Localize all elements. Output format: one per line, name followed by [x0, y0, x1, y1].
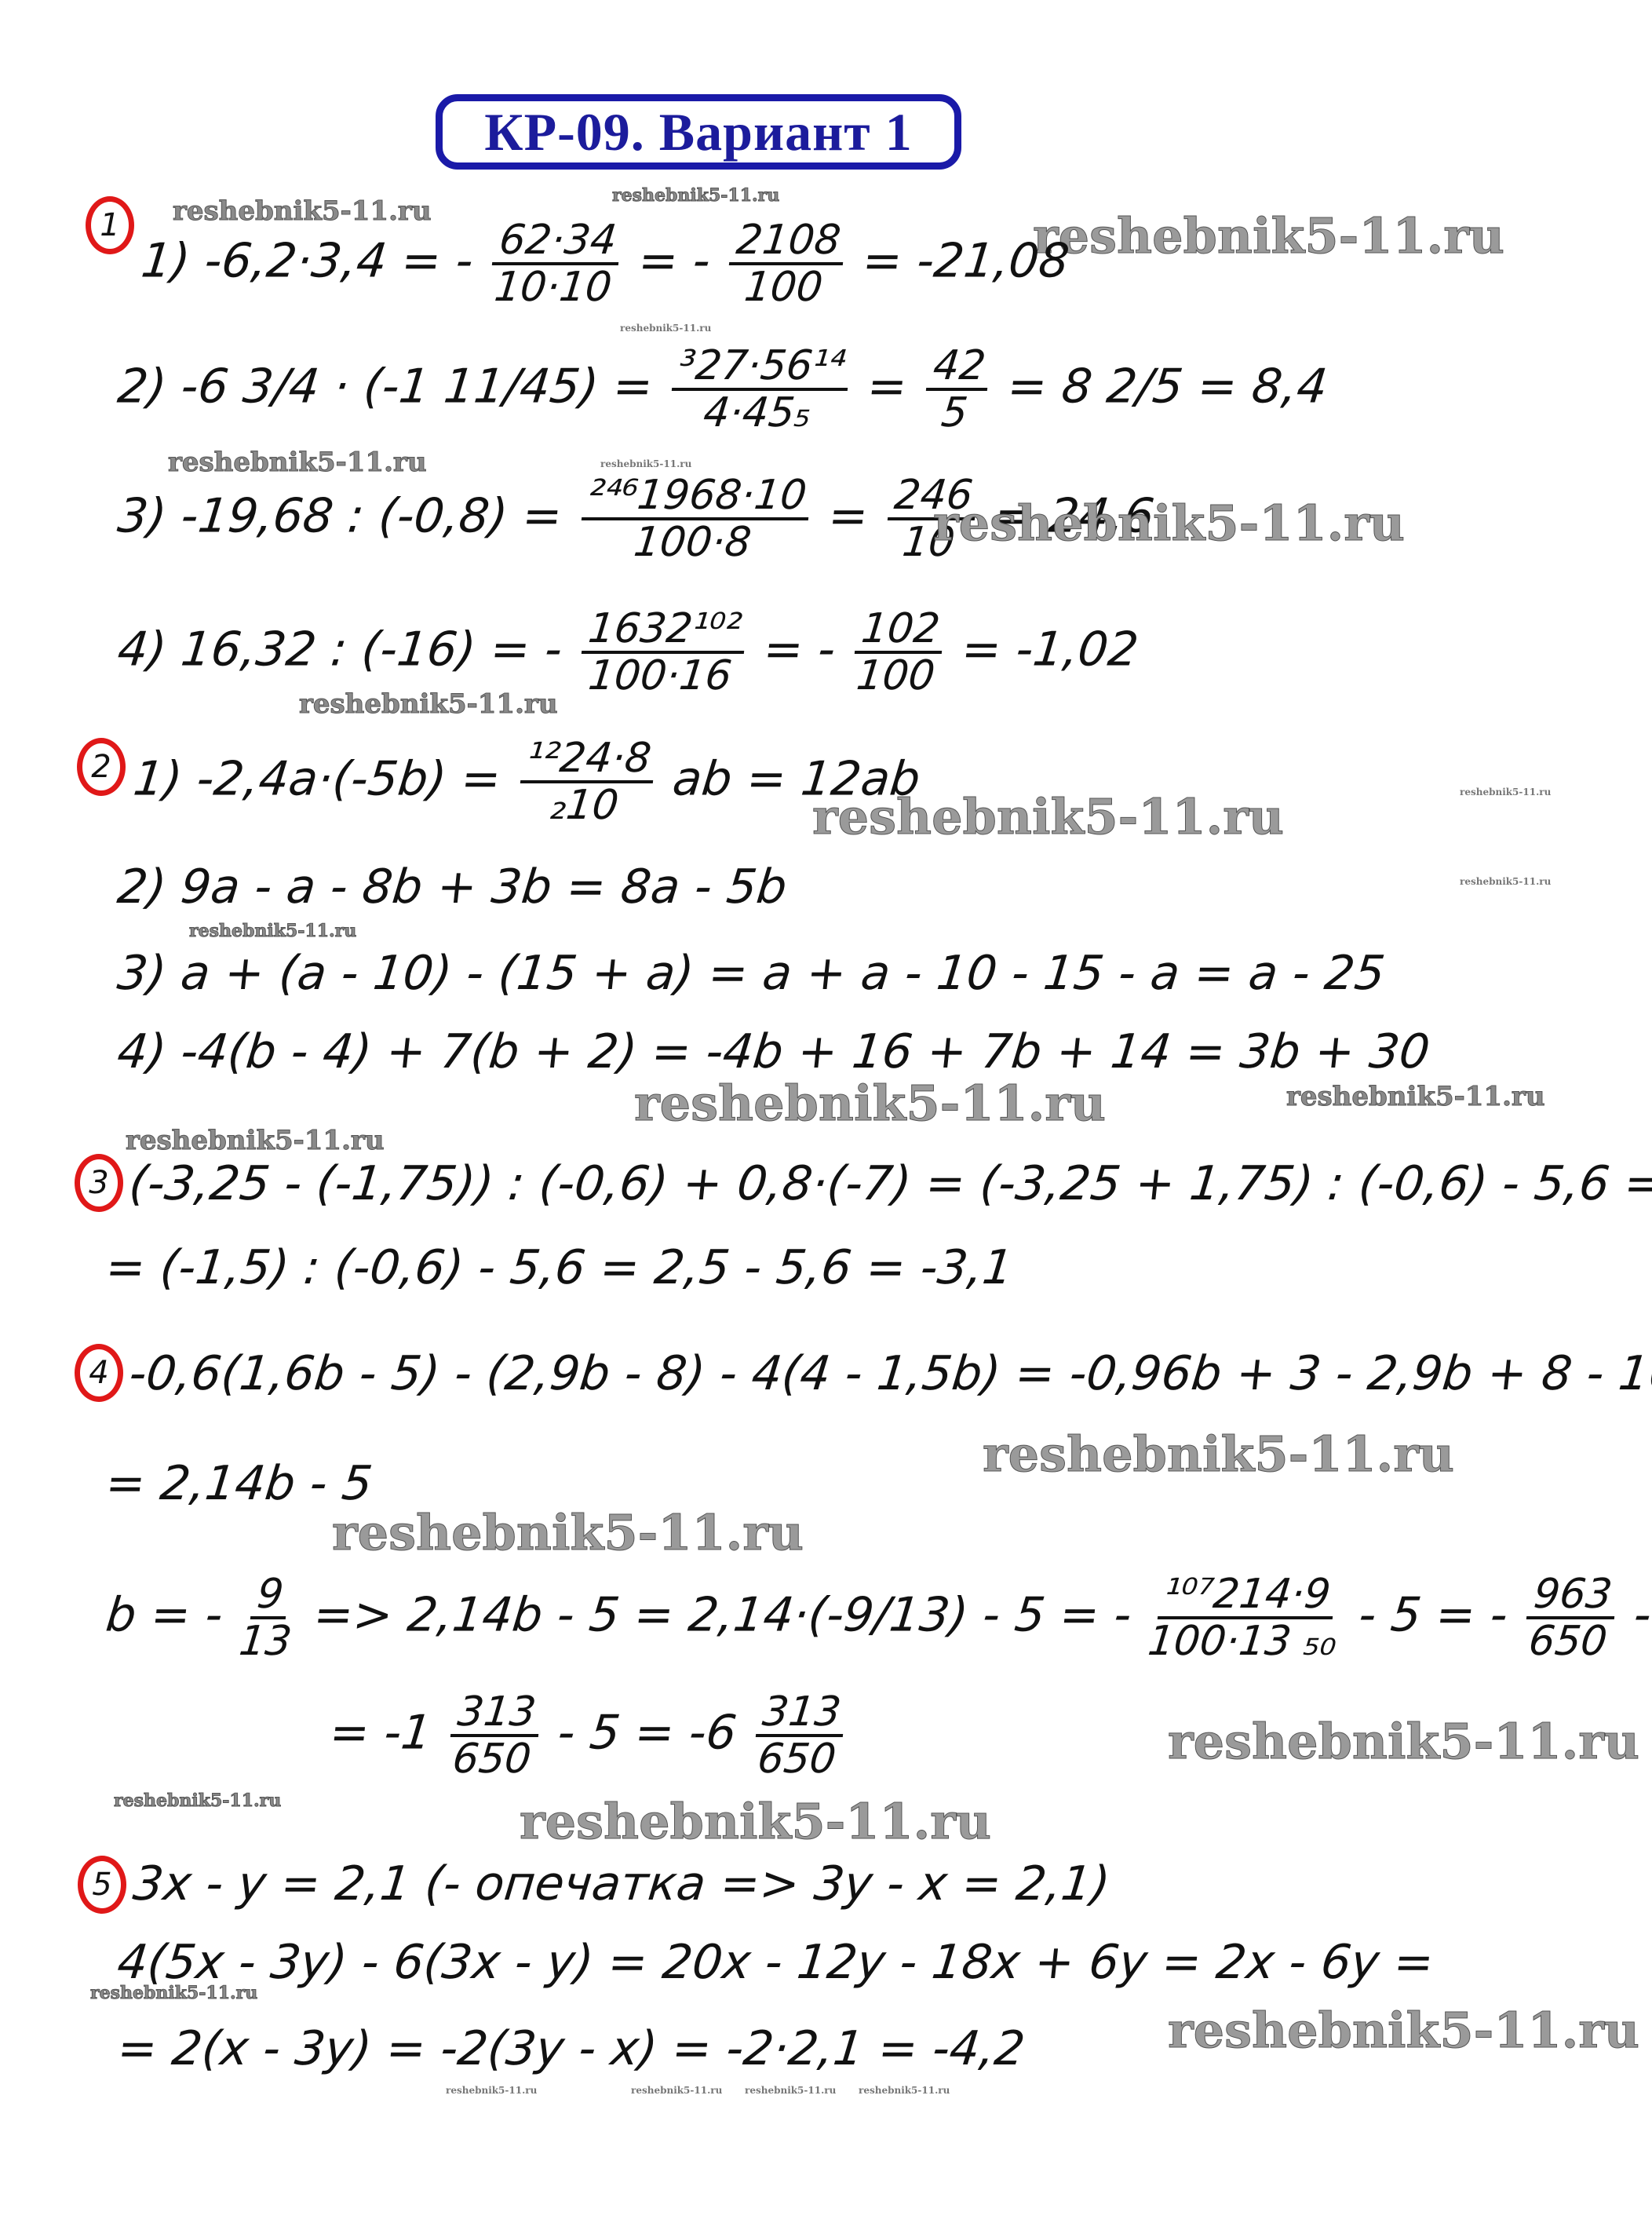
watermark: reshebnik5-11.ru	[332, 1509, 804, 1557]
watermark: reshebnik5-11.ru	[634, 1079, 1106, 1128]
watermark: reshebnik5-11.ru	[620, 323, 711, 333]
task-number-badge-3: 3	[75, 1154, 123, 1212]
task1-line1: 1) -6,2·3,4 = - 62·3410·10 = - 2108100 =…	[137, 220, 1073, 308]
watermark: reshebnik5-11.ru	[520, 1798, 991, 1846]
page-title: КР-09. Вариант 1	[484, 101, 912, 163]
watermark: reshebnik5-11.ru	[745, 2086, 836, 2095]
watermark: reshebnik5-11.ru	[189, 922, 356, 940]
watermark: reshebnik5-11.ru	[446, 2086, 537, 2095]
task1-line2: 2) -6 3/4 · (-1 11/45) = ³27·56¹⁴4·45₅ =…	[113, 345, 1331, 433]
watermark: reshebnik5-11.ru	[1460, 877, 1551, 886]
watermark: reshebnik5-11.ru	[600, 459, 691, 469]
watermark: reshebnik5-11.ru	[1286, 1083, 1545, 1110]
task-number-badge-1: 1	[86, 196, 134, 254]
watermark: reshebnik5-11.ru	[983, 1430, 1454, 1479]
task-number-badge-5: 5	[78, 1856, 126, 1914]
title-banner: КР-09. Вариант 1	[436, 94, 961, 170]
task2-line2: 2) 9a - a - 8b + 3b = 8a - 5b	[115, 863, 790, 911]
task5-line2: 4(5x - 3y) - 6(3x - y) = 20x - 12y - 18x…	[115, 1939, 1436, 1986]
task2-line1: 1) -2,4a·(-5b) = ¹²24·8₂10 ab = 12ab	[129, 738, 924, 826]
watermark: reshebnik5-11.ru	[1168, 2006, 1639, 2055]
watermark: reshebnik5-11.ru	[1033, 212, 1504, 261]
watermark: reshebnik5-11.ru	[933, 499, 1405, 548]
watermark: reshebnik5-11.ru	[126, 1127, 385, 1154]
watermark: reshebnik5-11.ru	[631, 2086, 722, 2095]
watermark: reshebnik5-11.ru	[859, 2086, 950, 2095]
watermark: reshebnik5-11.ru	[1168, 1717, 1639, 1766]
task5-line3: = 2(x - 3y) = -2(3y - x) = -2·2,1 = -4,2	[115, 2025, 1027, 2072]
watermark: reshebnik5-11.ru	[1460, 787, 1551, 797]
task3-line1: (-3,25 - (-1,75)) : (-0,6) + 0,8·(-7) = …	[127, 1160, 1652, 1207]
task-number-badge-2: 2	[77, 738, 126, 796]
task2-line3: 3) a + (a - 10) - (15 + a) = a + a - 10 …	[115, 950, 1388, 997]
watermark: reshebnik5-11.ru	[168, 449, 427, 476]
task5-line1: 3x - y = 2,1 (- опечатка => 3y - x = 2,1…	[131, 1860, 1112, 1907]
watermark: reshebnik5-11.ru	[114, 1792, 281, 1809]
task4-line2: = 2,14b - 5	[104, 1460, 374, 1507]
task3-line2: = (-1,5) : (-0,6) - 5,6 = 2,5 - 5,6 = -3…	[104, 1244, 1016, 1291]
watermark: reshebnik5-11.ru	[299, 691, 558, 717]
task-number-badge-4: 4	[75, 1344, 123, 1402]
task2-line4: 4) -4(b - 4) + 7(b + 2) = -4b + 16 + 7b …	[115, 1028, 1432, 1075]
watermark: reshebnik5-11.ru	[812, 793, 1284, 841]
task1-line4: 4) 16,32 : (-16) = - 1632¹⁰²100·16 = - 1…	[113, 608, 1143, 696]
task4-line3: b = - 913 => 2,14b - 5 = 2,14·(-9/13) - …	[101, 1574, 1652, 1662]
watermark: reshebnik5-11.ru	[90, 1984, 257, 2002]
watermark: reshebnik5-11.ru	[612, 187, 779, 204]
task4-line1: -0,6(1,6b - 5) - (2,9b - 8) - 4(4 - 1,5b…	[127, 1350, 1652, 1397]
task4-line4: = -1 313650 - 5 = -6 313650	[325, 1692, 852, 1779]
